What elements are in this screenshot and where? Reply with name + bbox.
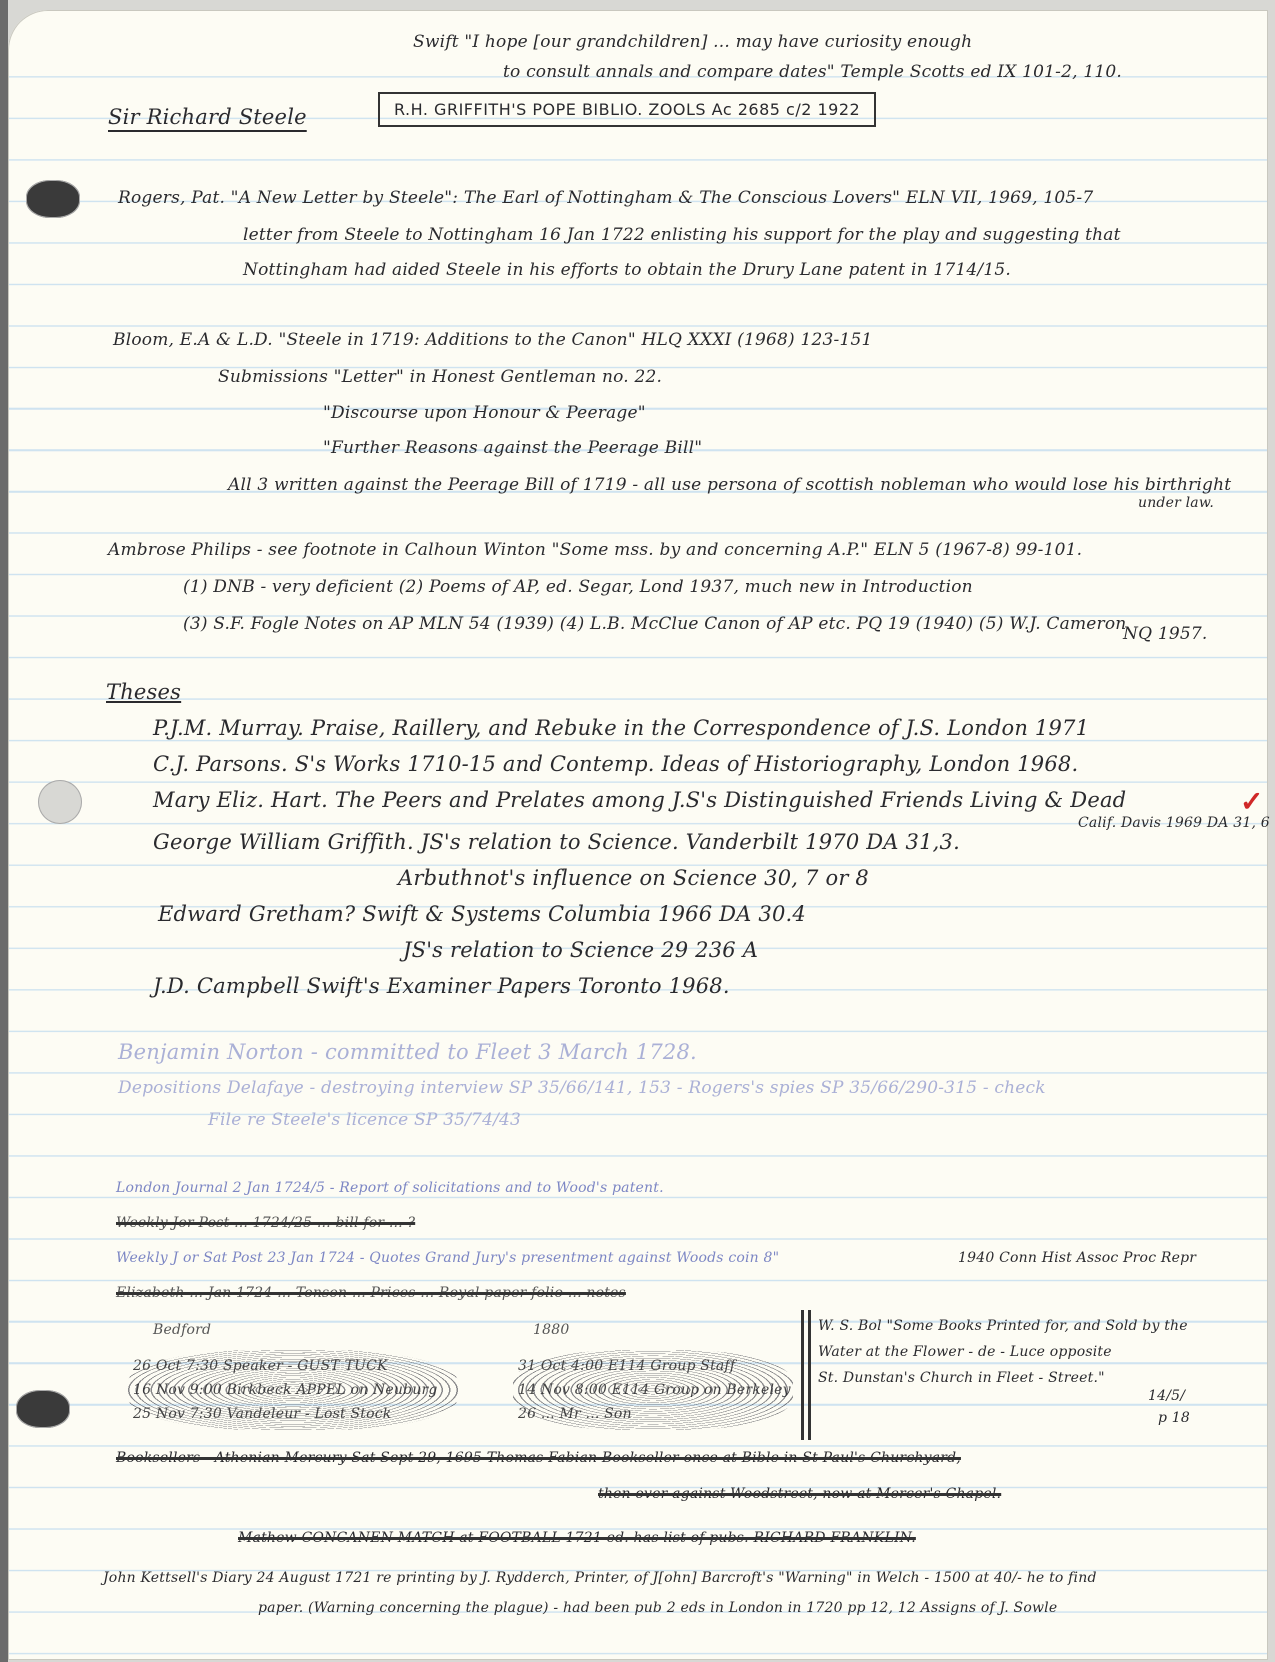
bloom-entry-note: Submissions "Letter" in Honest Gentleman… [218, 367, 662, 387]
divider-line [808, 1310, 811, 1440]
bol-quote-line: Water at the Flower - de - Luce opposite [818, 1344, 1112, 1360]
blue-note: London Journal 2 Jan 1724/5 - Report of … [116, 1180, 664, 1196]
bol-date: 14/5/ [1148, 1388, 1185, 1404]
thesis-item: C.J. Parsons. S's Works 1710-15 and Cont… [153, 752, 1078, 776]
rogers-entry-note: Nottingham had aided Steele in his effor… [243, 260, 1011, 280]
theses-heading: Theses [106, 680, 181, 704]
blue-note: Weekly J or Sat Post 23 Jan 1724 - Quote… [116, 1250, 779, 1266]
philips-entry-note: (3) S.F. Fogle Notes on AP MLN 54 (1939)… [183, 614, 1126, 634]
struck-note: Elizabeth ... Jan 1724 ... Tonson ... Pr… [116, 1285, 626, 1301]
philips-entry-title: Ambrose Philips - see footnote in Calhou… [108, 540, 1082, 560]
bloom-entry-title: Bloom, E.A & L.D. "Steele in 1719: Addit… [113, 330, 873, 350]
thesis-item-note: JS's relation to Science 29 236 A [403, 938, 758, 962]
scribble-overlay [513, 1350, 793, 1430]
bloom-entry-note: "Further Reasons against the Peerage Bil… [323, 438, 702, 458]
page-heading: Sir Richard Steele [108, 105, 307, 129]
binder-edge [0, 0, 8, 1662]
struck-note: Weekly Jor Post ... 1724/25 ... bill for… [116, 1215, 415, 1231]
faint-note: Benjamin Norton - committed to Fleet 3 M… [118, 1040, 697, 1064]
bol-quote-line: St. Dunstan's Church in Fleet - Street." [818, 1370, 1105, 1386]
kettsell-diary-note: John Kettsell's Diary 24 August 1721 re … [103, 1570, 1097, 1586]
bloom-entry-note: under law. [1138, 495, 1214, 511]
notebook-page: Swift "I hope [our grandchildren] ... ma… [8, 10, 1268, 1660]
scribbled-heading: 1880 [533, 1322, 569, 1338]
punch-hole [38, 780, 82, 824]
scribbled-heading: Bedford [153, 1322, 211, 1338]
bloom-entry-note: "Discourse upon Honour & Peerage" [323, 403, 646, 423]
concanen-note: Mathew CONCANEN MATCH at FOOTBALL 1721 e… [238, 1530, 916, 1546]
swift-quote-line-2: to consult annals and compare dates" Tem… [503, 62, 1122, 82]
scribble-overlay [128, 1350, 458, 1430]
bloom-entry-note: All 3 written against the Peerage Bill o… [228, 475, 1231, 495]
red-check-mark: ✓ [1240, 785, 1263, 818]
philips-entry-note: NQ 1957. [1123, 624, 1207, 644]
rogers-entry-title: Rogers, Pat. "A New Letter by Steele": T… [118, 188, 1093, 208]
philips-entry-note: (1) DNB - very deficient (2) Poems of AP… [183, 577, 973, 597]
booksellers-note: Booksellers - Athenian Mercury Sat Sept … [116, 1450, 961, 1466]
rogers-entry-note: letter from Steele to Nottingham 16 Jan … [243, 225, 1121, 245]
thesis-item-note: Calif. Davis 1969 DA 31, 6 [1078, 815, 1270, 831]
bol-page: p 18 [1158, 1410, 1190, 1426]
faint-note: Depositions Delafaye - destroying interv… [118, 1078, 1046, 1098]
thesis-item: Mary Eliz. Hart. The Peers and Prelates … [153, 788, 1126, 812]
thesis-item-note: Arbuthnot's influence on Science 30, 7 o… [398, 866, 869, 890]
side-note: 1940 Conn Hist Assoc Proc Repr [958, 1250, 1196, 1266]
thesis-item: Edward Gretham? Swift & Systems Columbia… [158, 902, 806, 926]
griffith-biblio-reference: R.H. GRIFFITH'S POPE BIBLIO. ZOOLS Ac 26… [378, 92, 876, 127]
bol-quote-line: W. S. Bol "Some Books Printed for, and S… [818, 1318, 1188, 1334]
thesis-item: George William Griffith. JS's relation t… [153, 830, 960, 854]
thesis-item: P.J.M. Murray. Praise, Raillery, and Reb… [153, 716, 1089, 740]
kettsell-diary-note: paper. (Warning concerning the plague) -… [258, 1600, 1057, 1616]
booksellers-note: then over against Woodstreet, now at Mer… [598, 1486, 1001, 1502]
swift-quote-line-1: Swift "I hope [our grandchildren] ... ma… [413, 32, 972, 52]
faint-note: File re Steele's licence SP 35/74/43 [208, 1110, 521, 1130]
torn-punch-hole [26, 180, 80, 218]
thesis-item: J.D. Campbell Swift's Examiner Papers To… [153, 974, 730, 998]
torn-punch-hole [16, 1390, 70, 1428]
divider-line [801, 1310, 804, 1440]
